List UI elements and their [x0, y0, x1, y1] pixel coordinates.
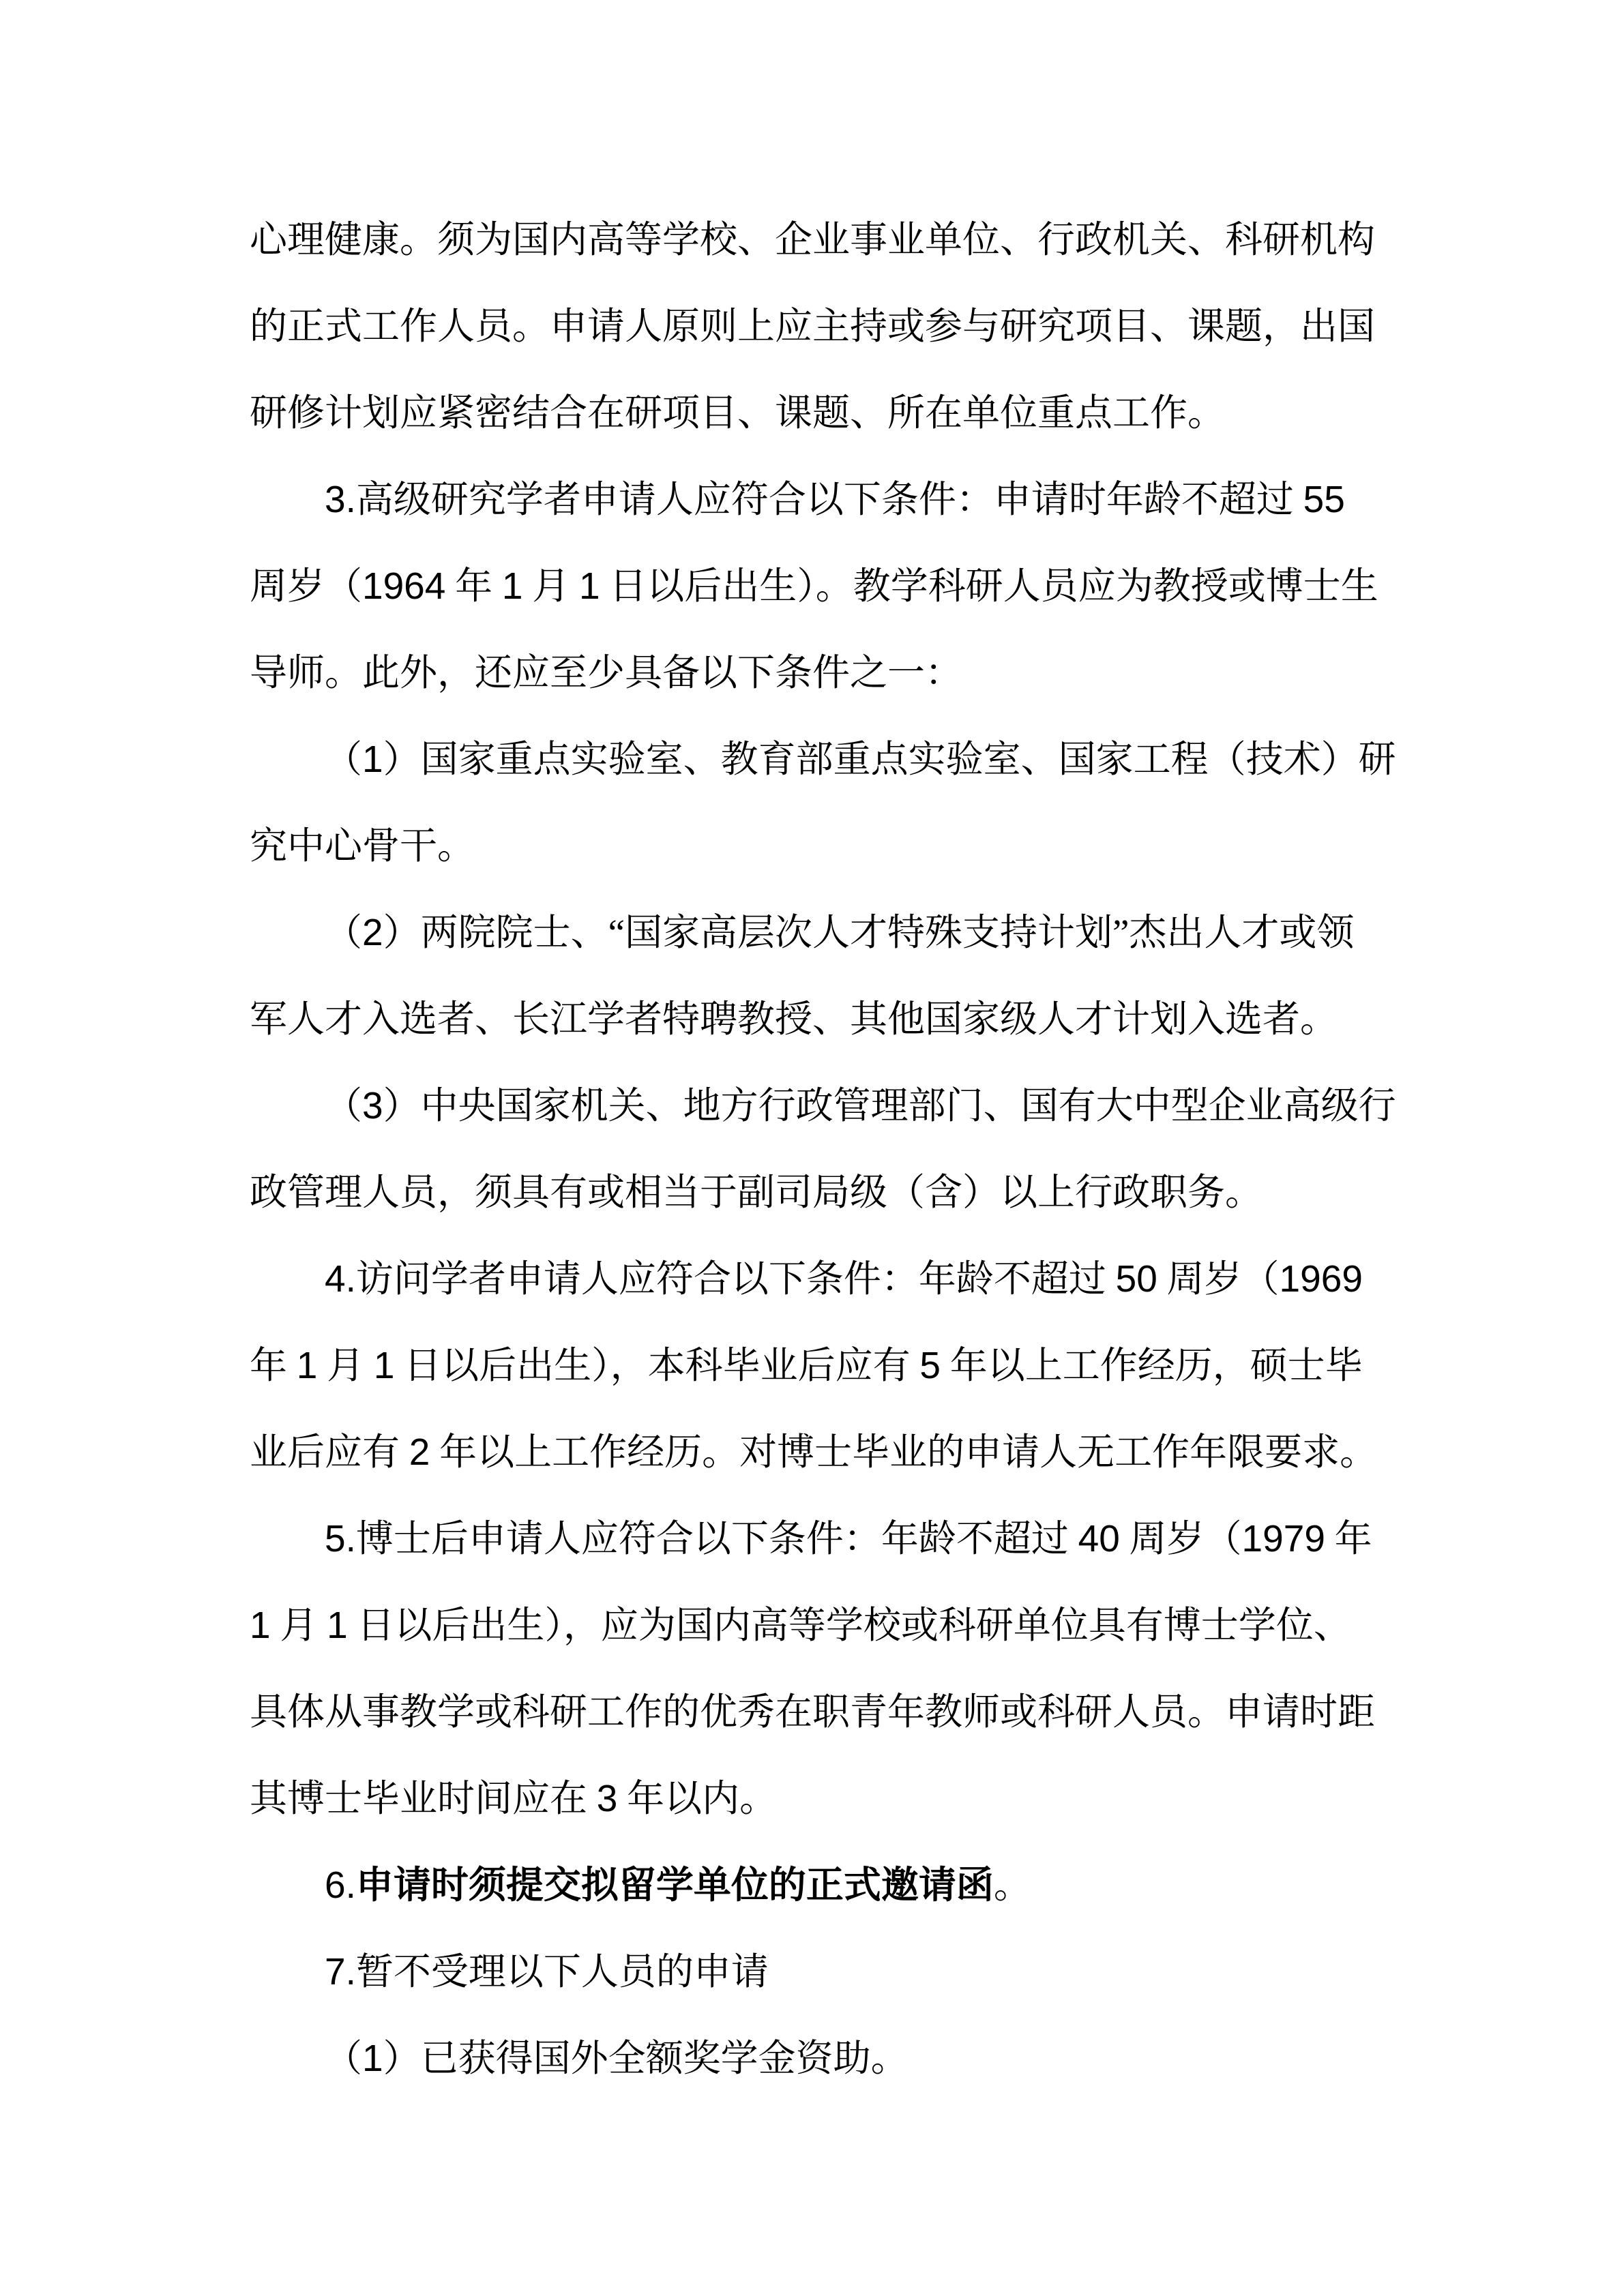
text-line: 具体从事教学或科研工作的优秀在职青年教师或科研人员。申请时距	[250, 1669, 1375, 1755]
line-text: 心理健康。须为国内高等学校、企业事业单位、行政机关、科研机构	[250, 219, 1375, 260]
text-line: 1 月 1 日以后出生），应为国内高等学校或科研单位具有博士学位、	[250, 1582, 1375, 1669]
text-line: 3.高级研究学者申请人应符合以下条件：申请时年龄不超过 55	[250, 456, 1375, 543]
text-line: 导师。此外，还应至少具备以下条件之一：	[250, 629, 1375, 716]
line-text: 5.博士后申请人应符合以下条件：年龄不超过 40 周岁（1979 年	[325, 1518, 1372, 1560]
line-text: 研修计划应紧密结合在研项目、课题、所在单位重点工作。	[250, 392, 1225, 434]
line-text: 。	[994, 1864, 1031, 1906]
text-line: 研修计划应紧密结合在研项目、课题、所在单位重点工作。	[250, 370, 1375, 456]
line-text: （3）中央国家机关、地方行政管理部门、国有大中型企业高级行	[325, 1085, 1396, 1127]
text-line: 7.暂不受理以下人员的申请	[250, 1928, 1375, 2015]
text-line: 政管理人员，须具有或相当于副司局级（含）以上行政职务。	[250, 1149, 1375, 1236]
text-line: （2）两院院士、“国家高层次人才特殊支持计划”杰出人才或领	[250, 889, 1375, 976]
text-line: 5.博士后申请人应符合以下条件：年龄不超过 40 周岁（1979 年	[250, 1495, 1375, 1582]
line-text: （1）国家重点实验室、教育部重点实验室、国家工程（技术）研	[325, 739, 1396, 780]
line-text: 导师。此外，还应至少具备以下条件之一：	[250, 652, 962, 694]
text-line: 究中心骨干。	[250, 803, 1375, 889]
text-line: （1）已获得国外全额奖学金资助。	[250, 2015, 1375, 2102]
text-line: 周岁（1964 年 1 月 1 日以后出生）。教学科研人员应为教授或博士生	[250, 543, 1375, 629]
text-line: 年 1 月 1 日以后出生），本科毕业后应有 5 年以上工作经历，硕士毕	[250, 1322, 1375, 1409]
line-text: 究中心骨干。	[250, 825, 475, 867]
text-line-bold-item: 6.申请时须提交拟留学单位的正式邀请函。	[250, 1842, 1375, 1928]
line-text: 的正式工作人员。申请人原则上应主持或参与研究项目、课题，出国	[250, 305, 1375, 347]
line-text: 军人才入选者、长江学者特聘教授、其他国家级人才计划入选者。	[250, 998, 1338, 1040]
text-line: （1）国家重点实验室、教育部重点实验室、国家工程（技术）研	[250, 716, 1375, 803]
text-line: 业后应有 2 年以上工作经历。对博士毕业的申请人无工作年限要求。	[250, 1409, 1375, 1495]
line-text: 政管理人员，须具有或相当于副司局级（含）以上行政职务。	[250, 1172, 1263, 1213]
line-text: 年 1 月 1 日以后出生），本科毕业后应有 5 年以上工作经历，硕士毕	[250, 1345, 1363, 1386]
text-line: （3）中央国家机关、地方行政管理部门、国有大中型企业高级行	[250, 1062, 1375, 1149]
line-text: （2）两院院士、“国家高层次人才特殊支持计划”杰出人才或领	[325, 912, 1354, 953]
list-number: 6.	[325, 1864, 356, 1906]
text-line: 的正式工作人员。申请人原则上应主持或参与研究项目、课题，出国	[250, 283, 1375, 370]
text-line: 其博士毕业时间应在 3 年以内。	[250, 1755, 1375, 1842]
text-line: 军人才入选者、长江学者特聘教授、其他国家级人才计划入选者。	[250, 976, 1375, 1062]
bold-clause: 申请时须提交拟留学单位的正式邀请函	[356, 1864, 994, 1906]
text-line: 4.访问学者申请人应符合以下条件：年龄不超过 50 周岁（1969	[250, 1236, 1375, 1322]
text-line: 心理健康。须为国内高等学校、企业事业单位、行政机关、科研机构	[250, 196, 1375, 283]
document-body: 心理健康。须为国内高等学校、企业事业单位、行政机关、科研机构 的正式工作人员。申…	[250, 196, 1375, 2102]
line-text: 3.高级研究学者申请人应符合以下条件：申请时年龄不超过 55	[325, 479, 1345, 520]
line-text: （1）已获得国外全额奖学金资助。	[325, 2038, 909, 2079]
line-text: 1 月 1 日以后出生），应为国内高等学校或科研单位具有博士学位、	[250, 1605, 1351, 1646]
line-text: 业后应有 2 年以上工作经历。对博士毕业的申请人无工作年限要求。	[250, 1431, 1377, 1473]
line-text: 其博士毕业时间应在 3 年以内。	[250, 1778, 777, 1819]
line-text: 4.访问学者申请人应符合以下条件：年龄不超过 50 周岁（1969	[325, 1258, 1363, 1300]
line-text: 周岁（1964 年 1 月 1 日以后出生）。教学科研人员应为教授或博士生	[250, 565, 1378, 607]
line-text: 具体从事教学或科研工作的优秀在职青年教师或科研人员。申请时距	[250, 1691, 1375, 1733]
line-text: 7.暂不受理以下人员的申请	[325, 1951, 769, 1993]
